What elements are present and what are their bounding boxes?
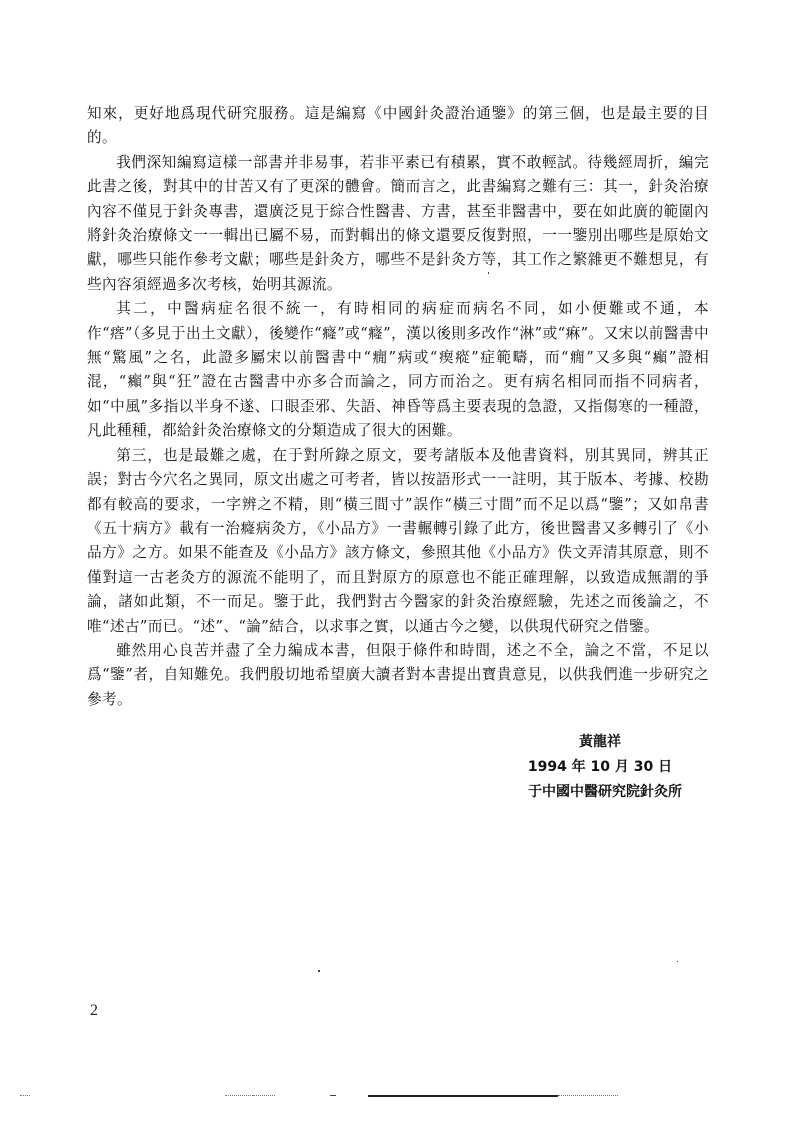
paragraph-3: 其二，中醫病症名很不統一，有時相同的病症而病名不同，如小便難或不通，本作“瘩”（… bbox=[87, 297, 709, 443]
signature-date: 1994 年 10 月 30 日 bbox=[490, 756, 710, 776]
scan-artifact bbox=[330, 1095, 336, 1096]
signature-institution: 于中國中醫研究院針灸所 bbox=[495, 781, 715, 801]
paragraph-1: 知來，更好地爲現代研究服務。這是編寫《中國針灸證治通鑒》的第三個，也是最主要的目… bbox=[87, 102, 709, 151]
paragraph-4: 第三，也是最難之處，在于對所錄之原文，要考諸版本及他書資料，別其異同，辨其正誤；… bbox=[87, 444, 709, 639]
page-number: 2 bbox=[90, 1002, 98, 1020]
scan-artifact bbox=[20, 1095, 30, 1097]
scan-speck bbox=[318, 970, 320, 972]
paragraph-2: 我們深知編寫這樣一部書并非易事，若非平素已有積累，實不敢輕試。待幾經周折，編完此… bbox=[87, 151, 709, 297]
signature-author: 黃龍祥 bbox=[500, 731, 700, 751]
scan-speck bbox=[677, 961, 678, 962]
scan-speck bbox=[488, 272, 489, 274]
scan-artifact bbox=[368, 1095, 558, 1097]
scan-artifact bbox=[253, 1095, 275, 1097]
document-body: 知來，更好地爲現代研究服務。這是編寫《中國針灸證治通鑒》的第三個，也是最主要的目… bbox=[87, 102, 709, 712]
scan-artifact bbox=[558, 1095, 618, 1097]
paragraph-5: 雖然用心良苦并盡了全力編成本書，但限于條件和時間，述之不全，論之不當，不足以爲“… bbox=[87, 639, 709, 712]
